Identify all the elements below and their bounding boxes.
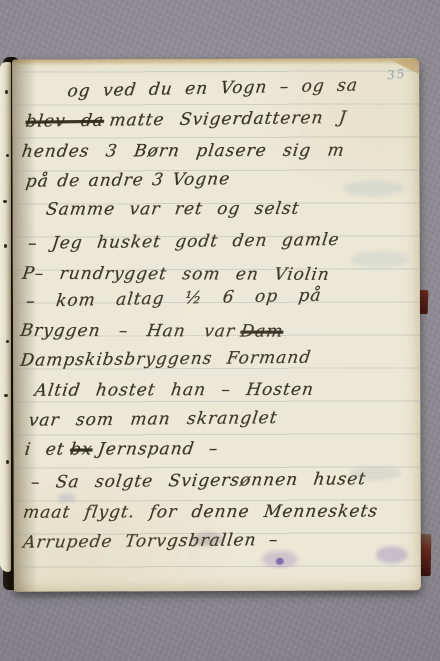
handwriting-line: var som man skranglet — [27, 408, 284, 431]
notebook-page: 35 og ved du en Vogn – og sa blev damatt… — [12, 58, 421, 591]
handwriting-line: Arrupede Torvgsbrallen – — [22, 530, 285, 553]
handwriting-line: hendes 3 Børn plasere sig m — [20, 141, 351, 162]
handwriting-line: – kom altag ½ 6 op på — [25, 285, 328, 311]
purple-ink-smudge — [262, 551, 298, 568]
ink-speck — [4, 394, 8, 397]
handwriting-line: Samme var ret og selst — [45, 199, 307, 220]
handwriting-line: – Jeg husket godt den gamle — [27, 230, 346, 254]
previous-page-edge — [0, 62, 11, 572]
page-number: 35 — [386, 66, 407, 82]
handwriting-line: Altid hostet han – Hosten — [33, 380, 320, 401]
photo-backdrop: 35 og ved du en Vogn – og sa blev damatt… — [0, 0, 440, 661]
handwriting-line: i etbxJernspand – — [23, 439, 225, 460]
ink-speck — [5, 90, 8, 94]
handwriting-line: P– rundrygget som en Violin — [21, 264, 337, 285]
handwriting-line: og ved du en Vogn – og sa — [66, 75, 364, 101]
handwriting-line: maat flygt. for denne Menneskets — [22, 501, 385, 522]
ink-speck — [6, 154, 9, 157]
blue-ink-smudge — [58, 493, 76, 502]
ink-speck — [4, 244, 7, 248]
ink-speck — [6, 340, 9, 343]
handwriting-line: – Sa solgte Svigersønnen huset — [30, 469, 373, 493]
handwriting-line: Bryggen – Han varDam — [19, 321, 290, 342]
ink-speck — [6, 460, 9, 464]
cover-edge-sliver — [419, 290, 429, 314]
handwriting-line: på de andre 3 Vogne — [25, 169, 237, 192]
ink-speck — [3, 200, 7, 203]
purple-ink-dot — [276, 558, 284, 565]
page-top-edge — [12, 58, 419, 65]
ink-ghost-smudge — [342, 180, 404, 196]
ink-ghost-smudge — [351, 250, 409, 268]
handwriting-line: blev damatte Svigerdatteren J — [24, 108, 353, 132]
purple-ink-smudge — [376, 546, 408, 563]
handwriting-line: Dampskibsbryggens Formand — [19, 348, 318, 371]
